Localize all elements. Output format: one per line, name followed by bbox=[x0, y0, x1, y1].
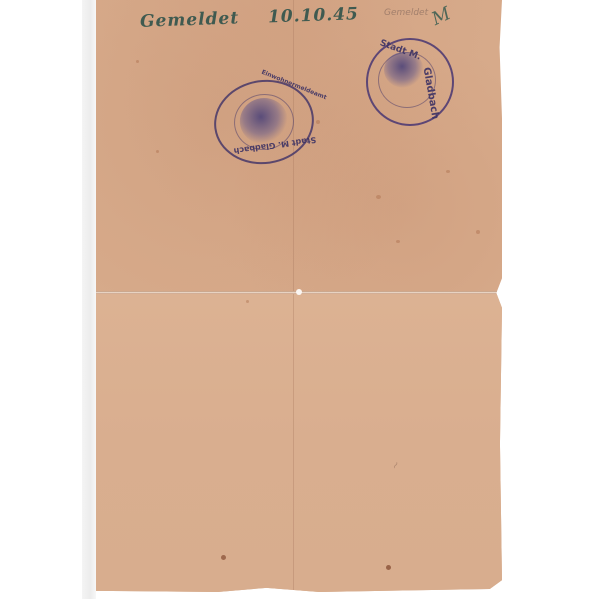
faint-pencil-note: Gemeldet bbox=[384, 8, 428, 18]
stain-spot bbox=[156, 150, 159, 153]
handwritten-date: 10.10.45 bbox=[268, 4, 359, 27]
official-stamp-right: Stadt M. Gladbach bbox=[366, 38, 454, 126]
handwritten-word: Gemeldet bbox=[140, 8, 240, 31]
scan-edge-strip bbox=[82, 0, 96, 599]
fold-pinhole bbox=[296, 289, 302, 295]
stain-spot bbox=[446, 170, 450, 173]
stain-spot bbox=[221, 555, 226, 560]
stain-spot bbox=[136, 60, 139, 63]
stain-spot bbox=[476, 230, 480, 234]
stain-spot bbox=[316, 120, 320, 124]
stain-spot bbox=[246, 300, 249, 303]
stain-spot bbox=[376, 195, 381, 199]
paper-lower-half bbox=[96, 294, 502, 592]
stain-spot bbox=[396, 240, 400, 243]
stain-spot bbox=[386, 565, 391, 570]
